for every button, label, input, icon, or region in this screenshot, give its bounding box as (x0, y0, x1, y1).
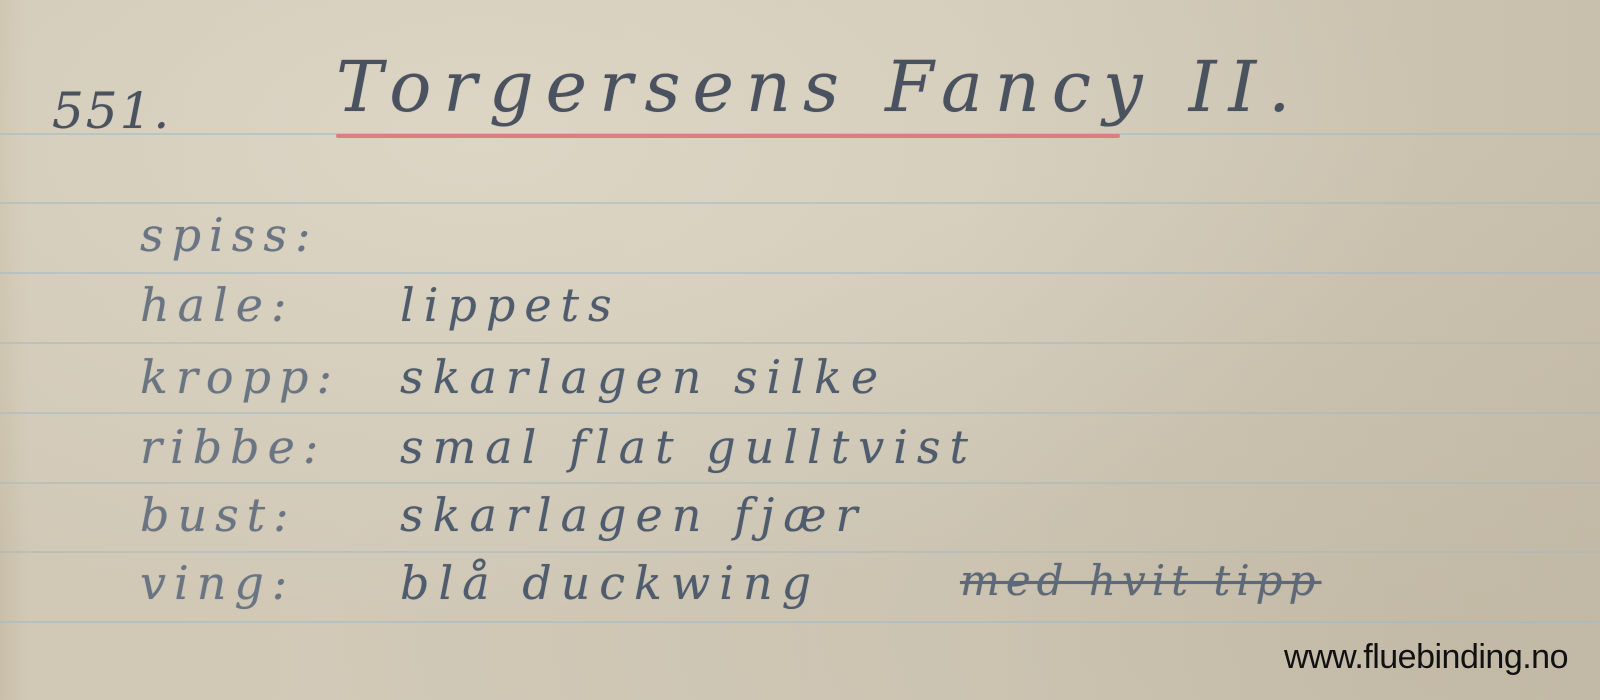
recipe-label-ribbe: ribbe: (140, 420, 326, 474)
recipe-label-spiss: spiss: (140, 208, 318, 262)
ruled-line (0, 551, 1600, 553)
ruled-line (0, 202, 1600, 204)
recipe-value-ving: blå duckwing (400, 556, 820, 610)
watermark-link: www.fluebinding.no (1284, 638, 1568, 677)
recipe-label-ving: ving: (140, 556, 295, 610)
recipe-label-hale: hale: (140, 278, 294, 332)
notebook-page: 551. Torgersens Fancy II. spiss: hale: l… (0, 0, 1600, 700)
recipe-value-kropp: skarlagen silke (400, 350, 887, 404)
ruled-line (0, 342, 1600, 344)
ruled-line (0, 272, 1600, 274)
recipe-value-hale: lippets (400, 278, 621, 332)
ruled-line (0, 412, 1600, 414)
fly-title: Torgersens Fancy II. (336, 46, 1302, 128)
recipe-label-kropp: kropp: (140, 350, 340, 404)
struck-out-text: med hvit tipp (960, 556, 1321, 605)
recipe-value-bust: skarlagen fjær (400, 488, 866, 542)
ruled-line (0, 482, 1600, 484)
entry-number: 551. (52, 82, 171, 140)
title-underline (336, 134, 1120, 138)
recipe-label-bust: bust: (140, 488, 297, 542)
ruled-line (0, 621, 1600, 623)
recipe-value-ribbe: smal flat gulltvist (400, 420, 977, 474)
